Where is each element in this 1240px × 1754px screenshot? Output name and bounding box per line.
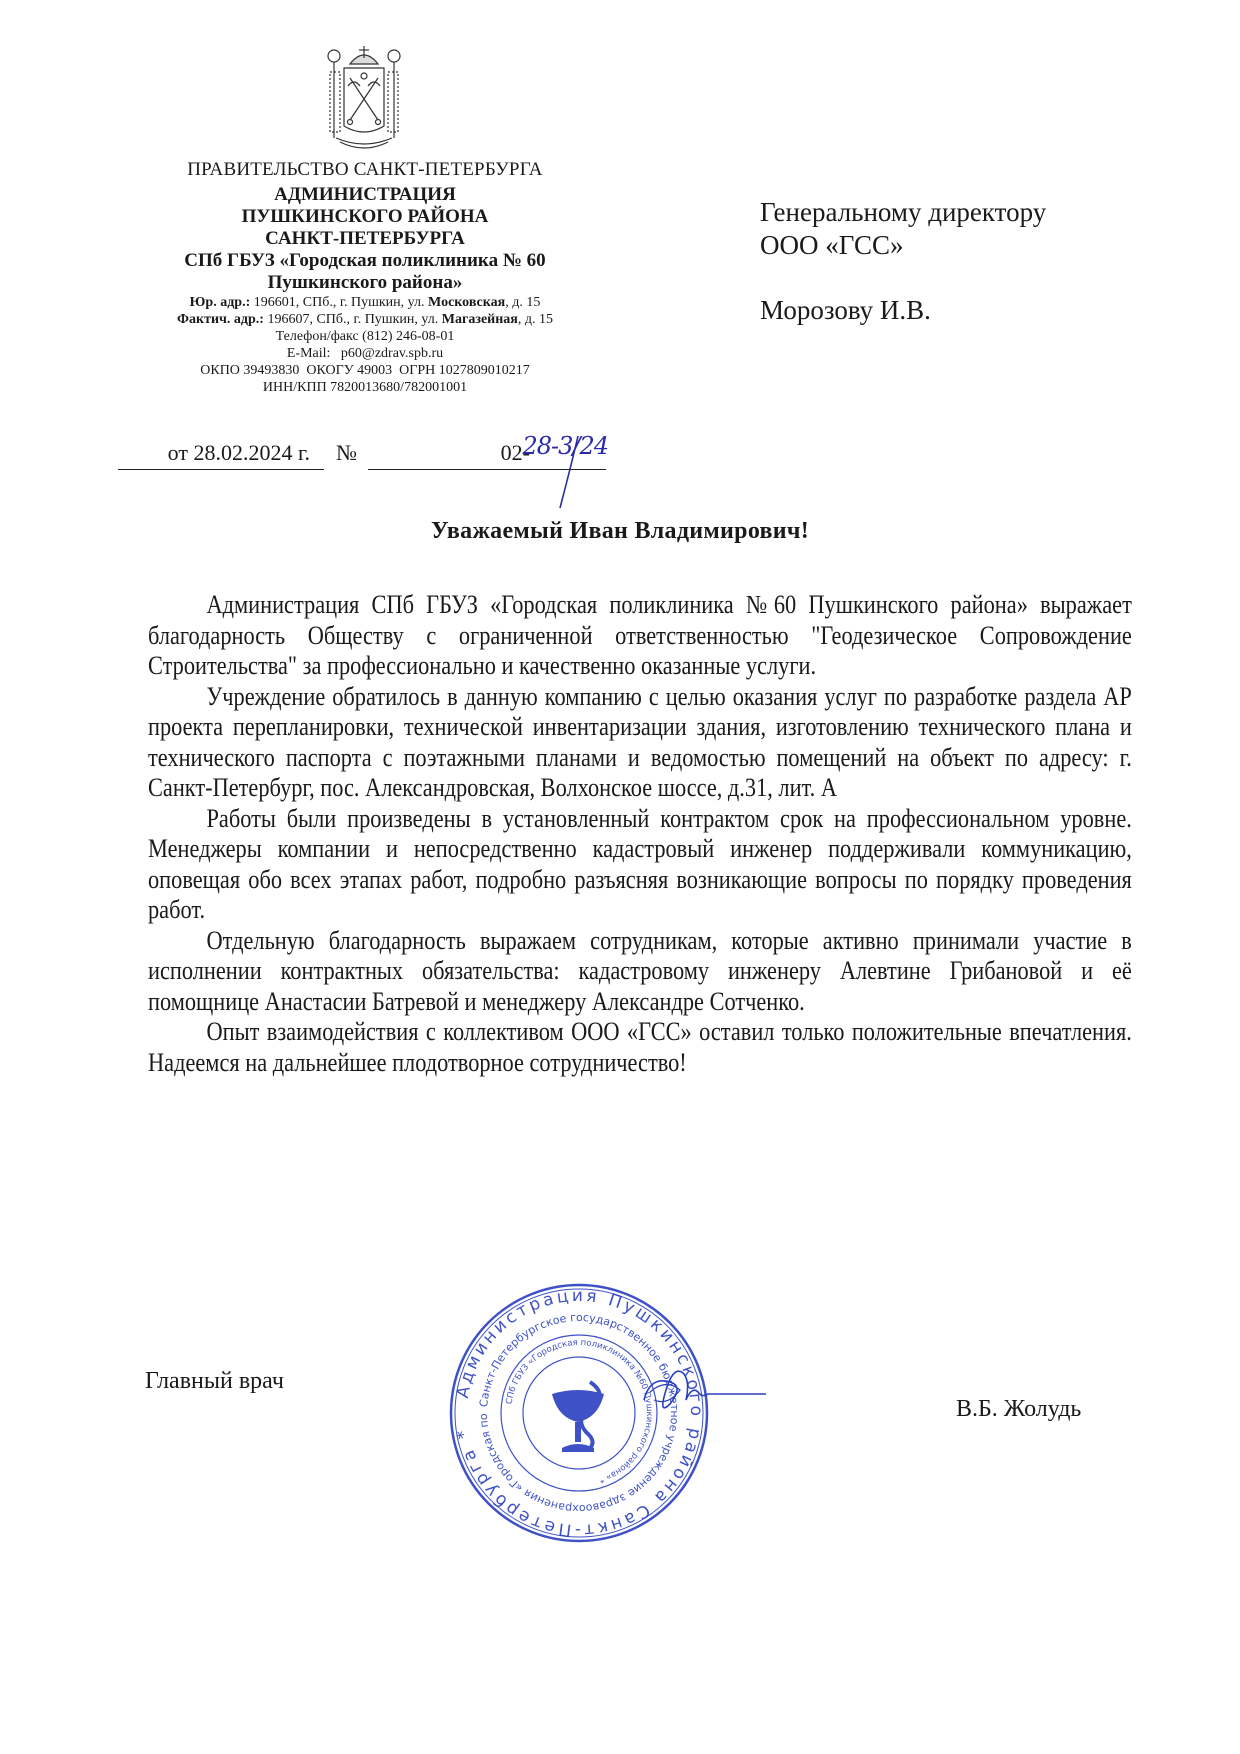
body-paragraph: Опыт взаимодействия с коллективом ООО «Г… <box>148 1017 1132 1078</box>
actual-address: Фактич. адр.: 196607, СПб., г. Пушкин, у… <box>120 311 610 328</box>
actual-address-label: Фактич. адр.: <box>177 312 264 327</box>
signatory-role: Главный врач <box>145 1368 284 1395</box>
handwritten-slash-mark <box>520 432 610 512</box>
email: E-Mail: p60@zdrav.spb.ru <box>120 345 610 362</box>
actual-address-house: , д. 15 <box>518 312 553 327</box>
recipient-company: ООО «ГСС» <box>760 229 1140 262</box>
legal-address-text: 196601, СПб., г. Пушкин, ул. <box>254 295 425 310</box>
phone-fax: Телефон/факс (812) 246-08-01 <box>120 328 610 345</box>
body-paragraph: Работы были произведены в установленный … <box>148 804 1132 926</box>
inn-kpp: ИНН/КПП 7820013680/782001001 <box>120 379 610 396</box>
recipient-title: Генеральному директору <box>760 196 1140 229</box>
coat-of-arms-icon <box>326 42 402 154</box>
body-paragraph: Администрация СПб ГБУЗ «Городская поликл… <box>148 590 1132 682</box>
legal-address: Юр. адр.: 196601, СПб., г. Пушкин, ул. М… <box>120 294 610 311</box>
body-paragraph: Отдельную благодарность выражаем сотрудн… <box>148 926 1132 1018</box>
legal-address-label: Юр. адр.: <box>190 295 251 310</box>
recipient-block: Генеральному директору ООО «ГСС» Морозов… <box>760 196 1140 327</box>
legal-address-street: Московская <box>428 295 505 310</box>
registration-codes: ОКПО 39493830 ОКОГУ 49003 ОГРН 102780901… <box>120 362 610 379</box>
signatory-name: В.Б. Жолудь <box>956 1396 1081 1423</box>
letterhead: ПРАВИТЕЛЬСТВО САНКТ-ПЕТЕРБУРГА АДМИНИСТР… <box>120 158 610 396</box>
legal-address-house: , д. 15 <box>505 295 540 310</box>
number-sign: № <box>336 440 357 466</box>
org-name-line: СПб ГБУЗ «Городская поликлиника № 60 <box>120 250 610 272</box>
letter-body: Администрация СПб ГБУЗ «Городская поликл… <box>148 590 1132 1078</box>
admin-line: САНКТ-ПЕТЕРБУРГА <box>120 228 610 250</box>
actual-address-text: 196607, СПб., г. Пушкин, ул. <box>267 312 438 327</box>
bowl-of-hygieia-icon <box>552 1382 604 1452</box>
letter-date: от 28.02.2024 г. <box>168 440 310 465</box>
date-field: от 28.02.2024 г. <box>118 440 324 470</box>
recipient-name: Морозову И.В. <box>760 294 1140 327</box>
handwritten-signature <box>640 1356 770 1426</box>
actual-address-street: Магазейная <box>442 312 518 327</box>
admin-line: АДМИНИСТРАЦИЯ <box>120 184 610 206</box>
government-name: ПРАВИТЕЛЬСТВО САНКТ-ПЕТЕРБУРГА <box>120 158 610 182</box>
org-name-line: Пушкинского района» <box>120 272 610 294</box>
admin-line: ПУШКИНСКОГО РАЙОНА <box>120 206 610 228</box>
salutation: Уважаемый Иван Владимирович! <box>0 518 1240 545</box>
body-paragraph: Учреждение обратилось в данную компанию … <box>148 682 1132 804</box>
